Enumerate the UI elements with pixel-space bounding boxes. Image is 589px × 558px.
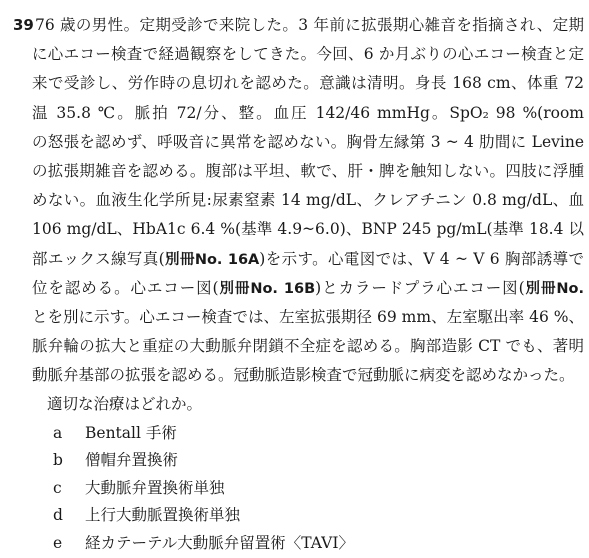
choice-b: b僧帽弁置換術 [32, 447, 589, 475]
body-line: とを別に示す。心エコー検査では、左室拡張期径 69 mm、左室駆出率 46 %、… [32, 303, 584, 332]
body-text: )とカラードプラ心エコー図( [315, 279, 525, 297]
question-number: 39 [13, 11, 34, 40]
body-text: の拡張期雑音を認める。腹部は平坦、軟で、肝・脾を触知しない。四肢に浮腫を認 [32, 162, 584, 186]
body-text: 76 歳の男性。定期受診で来院した。3 年前に拡張期心雑音を指摘され、定期的 [32, 16, 584, 40]
body-text: 106 mg/dL、HbA1c 6.4 %(基準 4.9~6.0)、BNP 24… [32, 220, 584, 244]
choice-text: 上行大動脈置換術単独 [85, 502, 240, 530]
choice-e: e経カテーテル大動脈弁留置術〈TAVI〉 [32, 530, 589, 558]
body-text: に心エコー検査で経過観察をしてきた。今回、6 か月ぶりの心エコー検査と定期外 [32, 45, 584, 69]
body-line: 動脈弁基部の拡張を認める。冠動脈造影検査で冠動脈に病変を認めなかった。 [32, 361, 584, 390]
body-text: 来で受診し、労作時の息切れを認めた。意識は清明。身長 168 cm、体重 72 … [32, 74, 584, 98]
choice-letter: b [53, 447, 85, 475]
question-prompt: 適切な治療はどれか。 [32, 390, 589, 419]
body-text: 温 35.8 ℃。脈拍 72/分、整。血圧 142/46 mmHg。SpO₂ 9… [32, 104, 584, 128]
choice-text: 大動脈弁置換術単独 [85, 475, 225, 503]
exam-question-page: 39 76 歳の男性。定期受診で来院した。3 年前に拡張期心雑音を指摘され、定期… [0, 0, 589, 558]
choice-text: 僧帽弁置換術 [85, 447, 178, 475]
choice-c: c大動脈弁置換術単独 [32, 475, 589, 503]
body-line: 位を認める。心エコー図(別冊No. 16B)とカラードプラ心エコー図(別冊No.… [32, 274, 584, 303]
body-text: 位を認める。心エコー図( [32, 279, 219, 297]
body-line: 脈弁輪の拡大と重症の大動脈弁閉鎖不全症を認める。胸部造影 CT でも、著明な大 [32, 332, 584, 361]
body-text: 部エックス線写真( [32, 250, 165, 268]
choice-d: d上行大動脈置換術単独 [32, 502, 589, 530]
choice-a: aBentall 手術 [32, 420, 589, 448]
choice-letter: d [53, 502, 85, 530]
booklet-ref: 別冊No. 16A [165, 252, 260, 268]
choice-text: 経カテーテル大動脈弁留置術〈TAVI〉 [85, 530, 354, 558]
choice-list: aBentall 手術b僧帽弁置換術c大動脈弁置換術単独d上行大動脈置換術単独e… [32, 420, 589, 558]
booklet-ref: 別冊No. 16B [219, 281, 316, 297]
body-line: 来で受診し、労作時の息切れを認めた。意識は清明。身長 168 cm、体重 72 … [32, 69, 584, 98]
body-line: 76 歳の男性。定期受診で来院した。3 年前に拡張期心雑音を指摘され、定期的 [32, 11, 584, 40]
question-body: 76 歳の男性。定期受診で来院した。3 年前に拡張期心雑音を指摘され、定期的に心… [32, 11, 584, 390]
body-text: の怒張を認めず、呼吸音に異常を認めない。胸骨左縁第 3 ~ 4 肋間に Levi… [32, 133, 584, 157]
body-line: の怒張を認めず、呼吸音に異常を認めない。胸骨左縁第 3 ~ 4 肋間に Levi… [32, 128, 584, 157]
body-line: の拡張期雑音を認める。腹部は平坦、軟で、肝・脾を触知しない。四肢に浮腫を認 [32, 157, 584, 186]
body-line: 106 mg/dL、HbA1c 6.4 %(基準 4.9~6.0)、BNP 24… [32, 215, 584, 244]
body-text: とを別に示す。心エコー検査では、左室拡張期径 69 mm、左室駆出率 46 %、… [32, 308, 584, 332]
body-line: 部エックス線写真(別冊No. 16A)を示す。心電図では、V 4 ~ V 6 胸… [32, 245, 584, 274]
body-text: めない。血液生化学所見:尿素窒素 14 mg/dL、クレアチニン 0.8 mg/… [32, 191, 584, 215]
choice-letter: a [53, 420, 85, 448]
body-text: 脈弁輪の拡大と重症の大動脈弁閉鎖不全症を認める。胸部造影 CT でも、著明な大 [32, 337, 584, 361]
choice-letter: e [53, 530, 85, 558]
body-text: 動脈弁基部の拡張を認める。冠動脈造影検査で冠動脈に病変を認めなかった。 [32, 366, 575, 384]
choice-letter: c [53, 475, 85, 503]
body-line: めない。血液生化学所見:尿素窒素 14 mg/dL、クレアチニン 0.8 mg/… [32, 186, 584, 215]
body-line: 温 35.8 ℃。脈拍 72/分、整。血圧 142/46 mmHg。SpO₂ 9… [32, 99, 584, 128]
choice-text: Bentall 手術 [85, 420, 177, 448]
body-line: に心エコー検査で経過観察をしてきた。今回、6 か月ぶりの心エコー検査と定期外 [32, 40, 584, 69]
